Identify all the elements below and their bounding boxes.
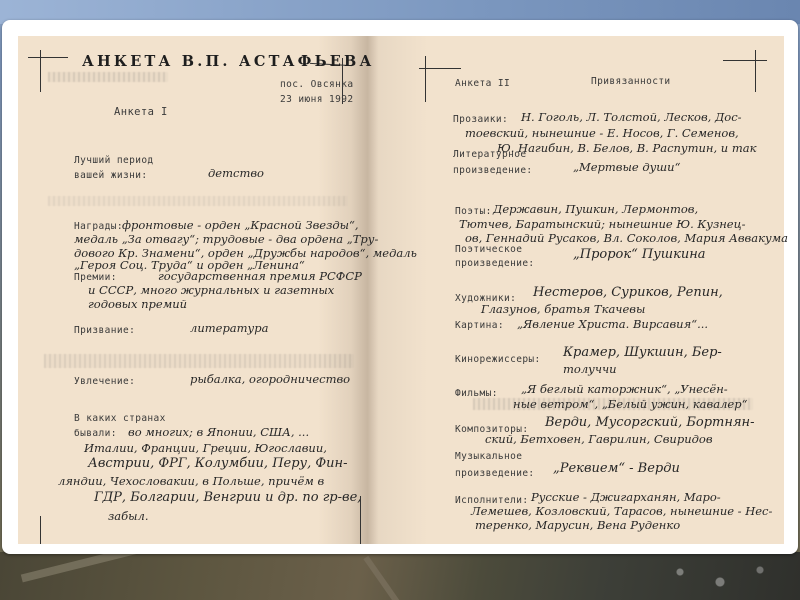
field-label: Прозаики:: [453, 114, 508, 125]
field-label: Поэтическое: [455, 244, 522, 255]
field-label: бывали:: [74, 428, 117, 439]
field-value: во многих; в Японии, США, ...: [128, 425, 309, 439]
field-value: ляндии, Чехословакии, в Польше, причём в: [58, 474, 324, 488]
section-heading: Привязанности: [591, 76, 671, 87]
field-label: Увлечение:: [74, 376, 135, 387]
crop-mark: [40, 516, 41, 544]
field-value: забыл.: [108, 509, 149, 523]
left-page: АНКЕТА В.П. АСТАФЬЕВА пос. Овсянка 23 ию…: [18, 36, 378, 544]
field-value: годовых премий: [88, 297, 187, 311]
field-label: Поэты:: [455, 206, 492, 217]
background-photo-strip: [0, 552, 800, 600]
field-label: произведение:: [453, 165, 533, 176]
field-value: Лемешев, Козловский, Тарасов, нынешние -…: [471, 504, 772, 518]
field-label: В каких странах: [74, 413, 166, 424]
field-value: Русские - Джигарханян, Маро-: [531, 490, 721, 504]
field-value: Верди, Мусоргский, Бортнян-: [545, 416, 755, 430]
field-value: ов, Геннадий Русаков, Вл. Соколов, Мария…: [465, 231, 788, 245]
field-value: Тютчев, Баратынский; нынешние Ю. Кузнец-: [459, 217, 746, 231]
field-value: литература: [190, 321, 268, 335]
field-value: государственная премия РСФСР: [158, 269, 362, 283]
section-heading: Анкета II: [455, 78, 510, 89]
field-label: Лучший период: [74, 155, 154, 166]
scan-smudge: [48, 196, 348, 206]
field-value: „Я беглый каторжник“, „Унесён-: [521, 382, 728, 396]
scan-smudge: [48, 72, 168, 82]
field-value: медаль „За отвагу“; трудовые - два орден…: [74, 232, 378, 246]
field-value: ные ветром“, „Белый ужин, кавалер“: [513, 397, 747, 411]
field-value: „Мертвые души“: [573, 160, 680, 174]
field-label: Награды:: [74, 221, 123, 232]
field-label: произведение:: [455, 468, 535, 479]
field-label: произведение:: [455, 258, 535, 269]
field-value: и СССР, много журнальных и газетных: [88, 283, 334, 297]
field-value: теренко, Марусин, Вена Руденко: [475, 518, 680, 532]
crop-mark: [28, 57, 68, 58]
field-value: Державин, Пушкин, Лермонтов,: [493, 202, 698, 216]
field-value: ГДР, Болгарии, Венгрии и др. по гр-ве,: [94, 491, 361, 505]
field-label: Призвание:: [74, 325, 135, 336]
field-value: „Пророк“ Пушкина: [573, 248, 706, 262]
crop-mark: [40, 50, 41, 92]
section-heading: Анкета I: [114, 106, 168, 118]
field-label: Музыкальное: [455, 451, 522, 462]
field-value: Глазунов, братья Ткачевы: [481, 302, 645, 316]
field-value: ский, Бетховен, Гаврилин, Свиридов: [485, 432, 713, 446]
field-value: тоевский, нынешние - Е. Носов, Г. Семено…: [465, 126, 739, 140]
field-value: Крамер, Шукшин, Бер-: [563, 346, 722, 360]
field-value: Нестеров, Суриков, Репин,: [533, 286, 723, 300]
field-label: Литературное: [453, 149, 526, 160]
field-value: Италии, Франции, Греции, Югославии,: [84, 441, 327, 455]
field-value: фронтовые - орден „Красной Звезды“,: [122, 218, 359, 232]
place: пос. Овсянка: [280, 79, 353, 90]
field-label: Картина:: [455, 320, 504, 331]
field-value: детство: [208, 166, 264, 180]
field-label: Кинорежиссеры:: [455, 354, 541, 365]
field-value: „Реквием“ - Верди: [553, 462, 680, 476]
field-value: „Явление Христа. Вирсавия“...: [517, 317, 708, 331]
field-label: Премии:: [74, 272, 117, 283]
slide-frame: АНКЕТА В.П. АСТАФЬЕВА пос. Овсянка 23 ию…: [2, 20, 798, 554]
scan-smudge: [44, 354, 354, 368]
field-value: Н. Гоголь, Л. Толстой, Лесков, Дос-: [521, 110, 742, 124]
field-value: толуччи: [563, 362, 617, 376]
crop-mark: [723, 60, 767, 61]
field-label: вашей жизни:: [74, 170, 147, 181]
date: 23 июня 1992: [280, 94, 353, 105]
field-value: Австрии, ФРГ, Колумбии, Перу, Фин-: [88, 457, 347, 471]
field-value: рыбалка, огородничество: [190, 372, 350, 386]
questionnaire-spread: АНКЕТА В.П. АСТАФЬЕВА пос. Овсянка 23 ию…: [18, 36, 784, 544]
crop-mark: [425, 56, 426, 102]
crop-mark: [755, 50, 756, 92]
right-page: Анкета II Привязанности Прозаики: Н. Гог…: [413, 36, 784, 544]
document-title: АНКЕТА В.П. АСТАФЬЕВА: [82, 53, 374, 70]
crop-mark: [360, 496, 361, 544]
field-value: Ю. Нагибин, В. Белов, В. Распутин, и так: [497, 141, 756, 155]
